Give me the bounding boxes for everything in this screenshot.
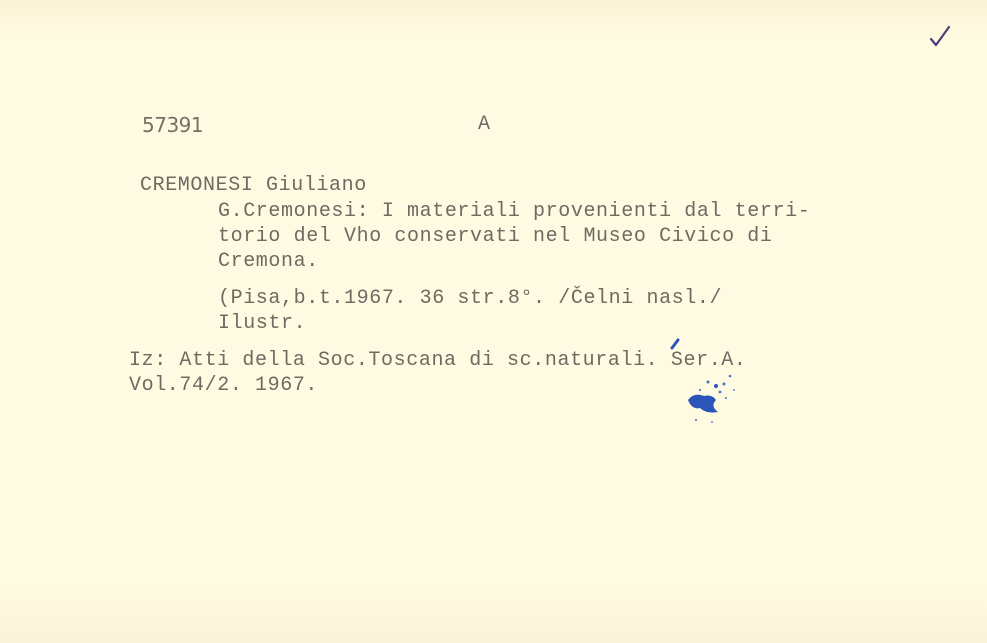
title-line: Cremona. (218, 250, 319, 274)
source-citation: Vol.74/2. 1967. (129, 374, 318, 398)
title-line: G.Cremonesi: I materiali provenienti dal… (218, 200, 810, 224)
author-name: CREMONESI Giuliano (140, 174, 367, 198)
catalog-number: 57391 (142, 113, 203, 137)
publication-info: Ilustr. (218, 312, 306, 336)
section-letter: A (478, 113, 491, 137)
check-mark-icon (928, 24, 952, 48)
source-citation: Iz: Atti della Soc.Toscana di sc.natural… (129, 349, 747, 373)
title-line: torio del Vho conservati nel Museo Civic… (218, 225, 773, 249)
ink-blot-icon (660, 336, 750, 431)
publication-info: (Pisa,b.t.1967. 36 str.8°. /Čelni nasl./ (218, 287, 722, 311)
catalog-card: 57391 A CREMONESI Giuliano G.Cremonesi: … (0, 0, 987, 643)
